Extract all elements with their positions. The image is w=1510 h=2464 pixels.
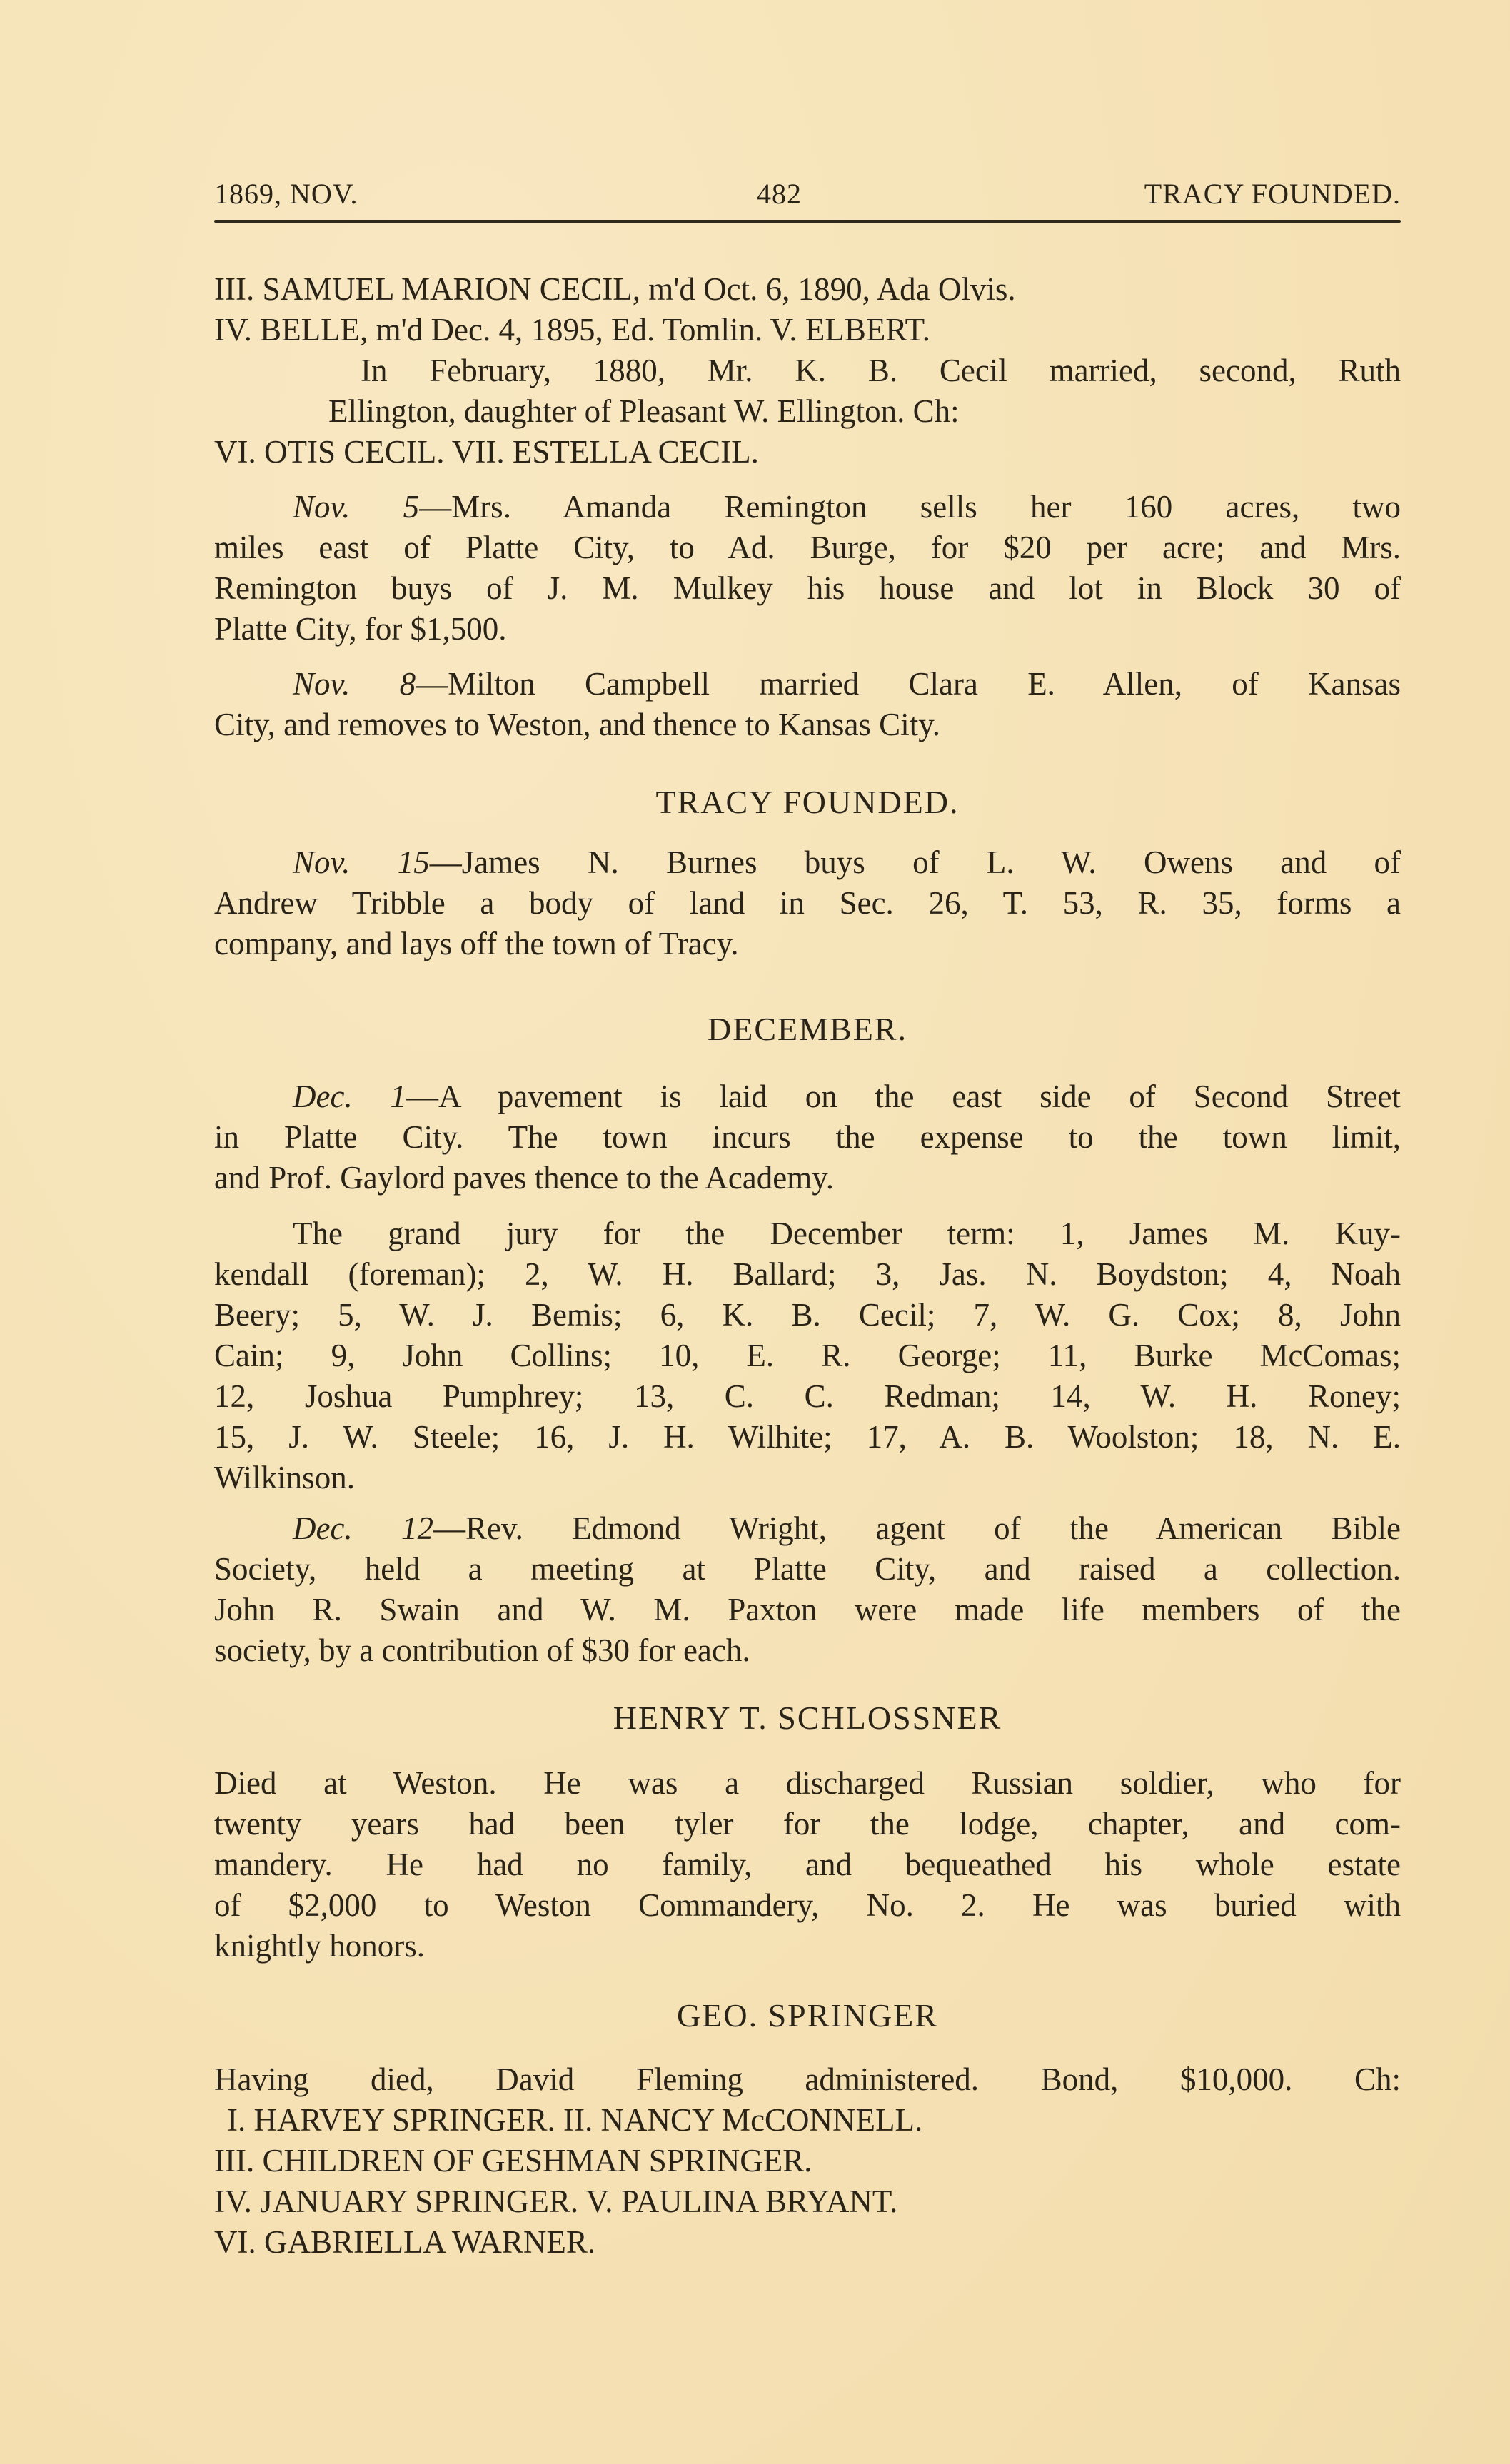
grand-jury-line: The grand jury for the December term: 1,… (214, 1213, 1401, 1254)
entry-date: Nov. 15 (293, 844, 430, 880)
entry-date: Nov. 8 (293, 666, 416, 702)
schlossner-line: of $2,000 to Weston Commandery, No. 2. H… (214, 1885, 1401, 1926)
section-heading-schlossner: HENRY T. SCHLOSSNER (214, 1697, 1401, 1738)
header-rule (214, 220, 1401, 223)
grand-jury-line: kendall (foreman); 2, W. H. Ballard; 3, … (214, 1254, 1401, 1295)
nov5-entry-line: Nov. 5—Mrs. Amanda Remington sells her 1… (214, 487, 1401, 527)
cecil-child-line: VI. OTIS CECIL. VII. ESTELLA CECIL. (214, 432, 1401, 473)
section-heading-december: DECEMBER. (214, 1009, 1401, 1049)
cecil-paragraph-line: Ellington, daughter of Pleasant W. Ellin… (214, 391, 1401, 432)
dec1-entry-line: Dec. 1—A pavement is laid on the east si… (214, 1076, 1401, 1117)
springer-line: Having died, David Fleming administered.… (214, 2059, 1401, 2100)
grand-jury-line: 15, J. W. Steele; 16, J. H. Wilhite; 17,… (214, 1417, 1401, 1458)
entry-date: Nov. 5 (293, 489, 419, 525)
schlossner-line: Died at Weston. He was a discharged Russ… (214, 1763, 1401, 1804)
cecil-child-line: III. SAMUEL MARION CECIL, m'd Oct. 6, 18… (214, 269, 1401, 310)
dec12-entry-line: Dec. 12—Rev. Edmond Wright, agent of the… (214, 1508, 1401, 1549)
nov8-entry-line: Nov. 8—Milton Campbell married Clara E. … (214, 664, 1401, 705)
grand-jury-line: Cain; 9, John Collins; 10, E. R. George;… (214, 1335, 1401, 1376)
nov15-entry-line: Andrew Tribble a body of land in Sec. 26… (214, 883, 1401, 924)
dec1-entry-line: and Prof. Gaylord paves thence to the Ac… (214, 1158, 1401, 1198)
schlossner-line: mandery. He had no family, and bequeathe… (214, 1844, 1401, 1885)
nov15-entry-line: Nov. 15—James N. Burnes buys of L. W. Ow… (214, 842, 1401, 883)
running-head-title: TRACY FOUNDED. (1144, 177, 1401, 211)
dec1-entry-line: in Platte City. The town incurs the expe… (214, 1117, 1401, 1158)
springer-child-line: I. HARVEY SPRINGER. II. NANCY McCONNELL. (214, 2100, 1414, 2141)
dec12-entry-line: Society, held a meeting at Platte City, … (214, 1549, 1401, 1590)
nov15-entry-line: company, and lays off the town of Tracy. (214, 924, 1401, 964)
running-head: 1869, NOV. 482 TRACY FOUNDED. (214, 177, 1401, 213)
grand-jury-line: Beery; 5, W. J. Bemis; 6, K. B. Cecil; 7… (214, 1295, 1401, 1335)
springer-child-line: III. CHILDREN OF GESHMAN SPRINGER. (214, 2141, 1401, 2181)
running-head-date: 1869, NOV. (214, 177, 358, 211)
section-heading-tracy-founded: TRACY FOUNDED. (214, 782, 1401, 822)
schlossner-line: twenty years had been tyler for the lodg… (214, 1804, 1401, 1844)
grand-jury-line: Wilkinson. (214, 1458, 1401, 1498)
page-number: 482 (757, 177, 802, 211)
section-heading-springer: GEO. SPRINGER (214, 1995, 1401, 2036)
nov5-entry-line: miles east of Platte City, to Ad. Burge,… (214, 527, 1401, 568)
cecil-child-line: IV. BELLE, m'd Dec. 4, 1895, Ed. Tomlin.… (214, 310, 1401, 350)
dec12-entry-line: John R. Swain and W. M. Paxton were made… (214, 1590, 1401, 1630)
dec12-entry-line: society, by a contribution of $30 for ea… (214, 1630, 1401, 1671)
entry-date: Dec. 12 (293, 1510, 433, 1546)
nov5-entry-line: Platte City, for $1,500. (214, 609, 1401, 650)
grand-jury-line: 12, Joshua Pumphrey; 13, C. C. Redman; 1… (214, 1376, 1401, 1417)
cecil-paragraph-line: In February, 1880, Mr. K. B. Cecil marri… (214, 350, 1401, 391)
springer-child-line: IV. JANUARY SPRINGER. V. PAULINA BRYANT. (214, 2181, 1401, 2222)
schlossner-line: knightly honors. (214, 1926, 1401, 1966)
springer-child-line: VI. GABRIELLA WARNER. (214, 2222, 1401, 2263)
nov8-entry-line: City, and removes to Weston, and thence … (214, 705, 1401, 745)
entry-date: Dec. 1 (293, 1079, 406, 1114)
nov5-entry-line: Remington buys of J. M. Mulkey his house… (214, 568, 1401, 609)
